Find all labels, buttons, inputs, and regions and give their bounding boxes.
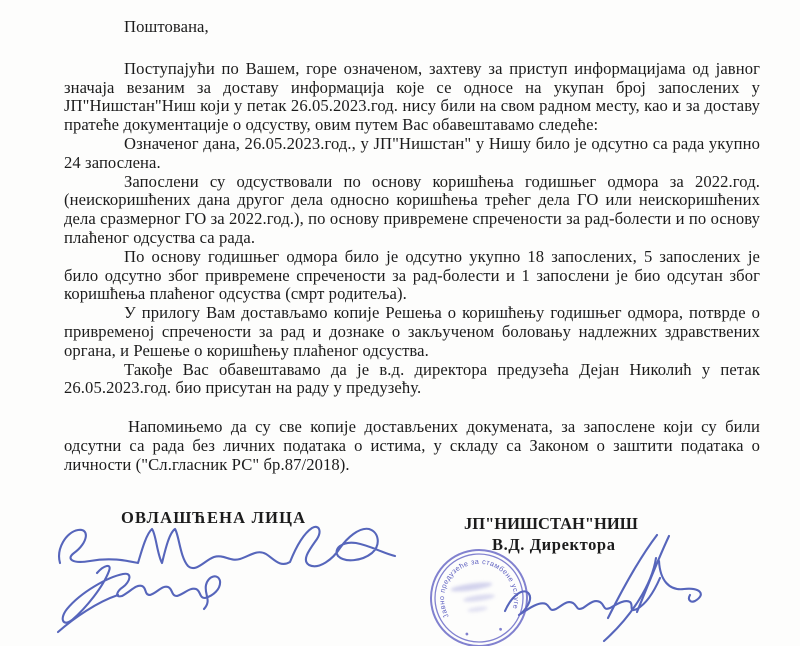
paragraph-attachments: У прилогу Вам достављамо копије Решења о… — [64, 304, 760, 360]
salutation: Поштована, — [64, 18, 760, 37]
company-stamp: Јавно предузеће за стамбене услуге — [425, 544, 533, 646]
scanned-letter-page: Поштована, Поступајући по Вашем, горе оз… — [0, 0, 800, 646]
stamp-ring-text: Јавно предузеће за стамбене услуге — [432, 551, 523, 621]
stamp-bottom-dot-left — [465, 632, 468, 635]
signature-director-waves — [505, 578, 660, 615]
paragraph-absence-breakdown: По основу годишњег одмора било је одсутн… — [64, 248, 760, 304]
letter-body: Поштована, Поступајући по Вашем, горе оз… — [64, 18, 760, 475]
privacy-note: Напомињемо да су све копије достављених … — [64, 418, 760, 474]
signature-authorized-1 — [59, 527, 395, 568]
signature-authorized-2-flourish — [58, 595, 118, 632]
paragraph-intro: Поступајући по Вашем, горе означеном, за… — [64, 60, 760, 135]
paragraph-absent-total: Означеног дана, 26.05.2023.год., у ЈП"Ни… — [64, 135, 760, 173]
stamp-center-impression — [450, 581, 497, 616]
stamp-bottom-dot-right — [499, 628, 502, 631]
paragraph-absence-grounds: Запослени су одсуствовали по основу кори… — [64, 173, 760, 248]
stamp-inner-ring — [429, 548, 528, 646]
signature-director-tail — [659, 561, 701, 602]
authorized-persons-title: ОВЛАШЋЕНА ЛИЦА — [121, 508, 306, 528]
company-signature-block: ЈП"НИШСТАН"НИШ В.Д. Директора — [464, 513, 638, 555]
signature-authorized-2 — [63, 566, 220, 623]
signature-director-descender — [604, 558, 656, 641]
paragraph-director-present: Такође Вас обавештавамо да је в.д. дирек… — [64, 361, 760, 399]
stamp-outer-ring — [425, 544, 533, 646]
acting-director-role: В.Д. Директора — [492, 534, 638, 555]
company-name: ЈП"НИШСТАН"НИШ — [464, 513, 638, 534]
signature-director-slash-2 — [637, 536, 669, 612]
